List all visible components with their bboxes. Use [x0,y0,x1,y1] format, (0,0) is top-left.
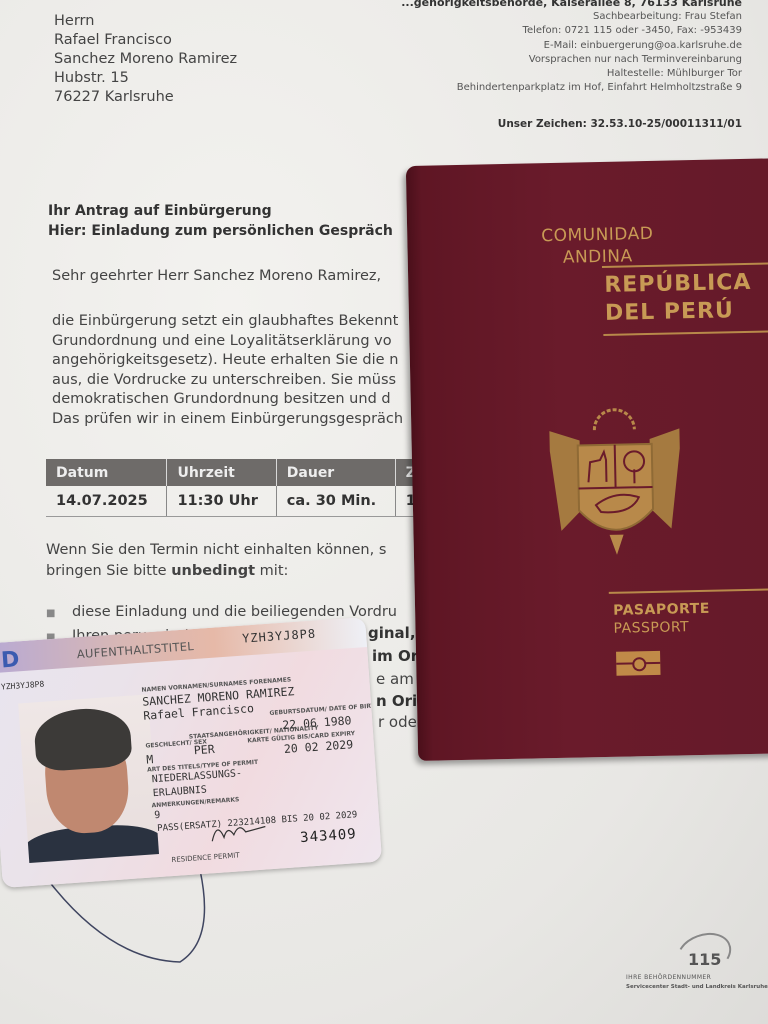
card-number-small: YZH3YJ8P8 [1,680,45,692]
serial-number: 343409 [300,826,358,846]
residence-permit-card: D AUFENTHALTSTITEL YZH3YJ8P8 YZH3YJ8P8 N… [0,617,382,888]
sex: M [146,752,154,766]
behoerdennummer-115-logo: 115 IHRE BEHÖRDENNUMMER Servicecenter St… [626,932,756,994]
nationality: PER [193,742,215,757]
date-of-birth: 22 06 1980 [282,713,352,732]
permit-type: ERLAUBNIS [152,785,207,800]
holder-photo [18,694,159,863]
signature [209,812,271,846]
country-code: D [0,647,20,673]
card-footer: RESIDENCE PERMIT [171,851,240,864]
remarks: 9 [154,810,161,821]
